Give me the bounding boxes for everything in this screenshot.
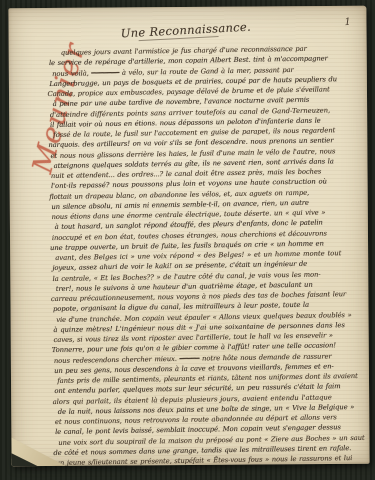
page-number: 1 bbox=[344, 17, 351, 28]
manuscript-body: quelques jours avant l'armistice je fus … bbox=[49, 43, 370, 466]
scan-backdrop: 1 Une Reconnaissance. Meunier quelques j… bbox=[0, 0, 375, 480]
manuscript-page: 1 Une Reconnaissance. Meunier quelques j… bbox=[8, 6, 369, 466]
